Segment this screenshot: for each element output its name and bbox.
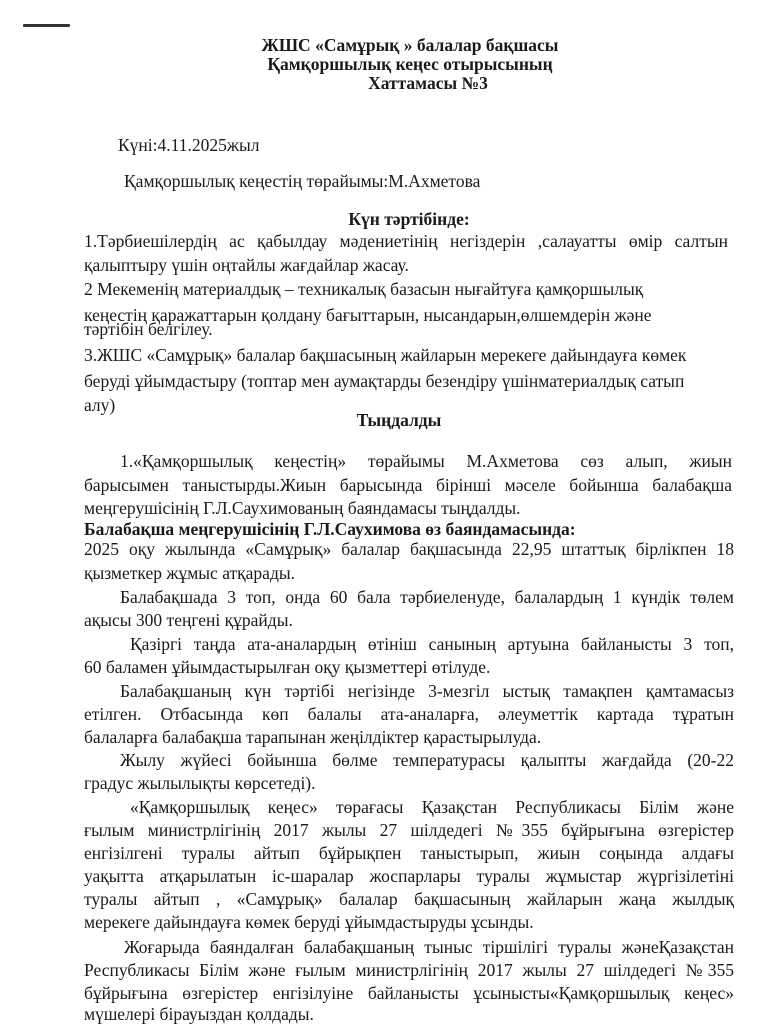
agenda-line: беруді ұйымдастыру (топтар мен аумақтард… [84, 370, 684, 392]
report-line: Жоғарыда баяндалған балабақшаның тыныс т… [124, 936, 734, 958]
report-line: мерекеге дайындауға көмек беруді ұйымдас… [84, 911, 534, 933]
document-page: ЖШС «Самұрық » балалар бақшасы Қамқоршыл… [0, 0, 784, 1024]
report-line: Республикасы Білім және ғылым министрліг… [84, 959, 734, 981]
report-line: уақытта атқарылатын іс-шаралар жоспарлар… [84, 865, 734, 887]
report-line: бұйрығына өзгерістер енгізілуіне байланы… [84, 982, 734, 1004]
report-line: ақысы 300 теңгені құрайды. [84, 609, 293, 631]
scan-mark [23, 24, 70, 27]
report-line: енгізілгені туралы айтып бұйрықпен таныс… [84, 842, 734, 864]
meeting-date: Күні:4.11.2025жыл [118, 134, 259, 156]
agenda-line: 1.Тәрбиешілердің ас қабылдау мәдениетіні… [84, 230, 728, 252]
report-line: қызметкер жұмыс атқарады. [84, 562, 295, 584]
report-line: етілген. Отбасында көп балалы ата-аналар… [84, 703, 734, 725]
report-line: 2025 оқу жылында «Самұрық» балалар бақша… [84, 538, 734, 560]
agenda-line: тәртібін белгілеу. [84, 318, 213, 340]
heard-line: меңгерушісінің Г.Л.Саухимованың баяндама… [84, 497, 521, 519]
title-line-3: Хаттамасы №3 [36, 72, 784, 94]
heard-heading: Тыңдалды [7, 409, 784, 431]
agenda-line: 3.ЖШС «Самұрық» балалар бақшасының жайла… [84, 344, 686, 366]
agenda-line: 2 Мекеменің материалдық – техникалық баз… [84, 278, 643, 300]
agenda-heading: Күн тәртібінде: [17, 208, 784, 230]
report-line: Балабақшаның күн тәртібі негізінде 3-мез… [120, 680, 734, 702]
report-line: градус жылылықты көрсетеді). [84, 772, 316, 794]
report-line: Балабақшада 3 топ, онда 60 бала тәрбиеле… [120, 586, 734, 608]
report-line: ғылым министрлігінің 2017 жылы 27 шілдед… [84, 819, 734, 841]
council-chair: Қамқоршылық кеңестің төрайымы:М.Ахметова [124, 170, 480, 192]
heard-line: 1.«Қамқоршылық кеңестің» төрайымы М.Ахме… [120, 450, 732, 472]
report-line: Қазіргі таңда ата-аналардың өтініш санын… [130, 633, 734, 655]
heard-line: барысымен таныстырды.Жиын барысында бірі… [84, 474, 732, 496]
report-line: Жылу жүйесі бойынша бөлме температурасы … [120, 749, 734, 771]
report-line: 60 баламен ұйымдастырылған оқу қызметтер… [84, 656, 490, 678]
report-line: мүшелері бірауыздан қолдады. [84, 1003, 314, 1024]
agenda-line: қалыптыру үшін оңтайлы жағдайлар жасау. [84, 254, 409, 276]
report-line: балаларға балабақша тарапынан жеңілдікте… [84, 726, 541, 748]
report-heading: Балабақша меңгерушісінің Г.Л.Саухимова ө… [84, 518, 576, 540]
report-line: «Қамқоршылық кеңес» төрағасы Қазақстан Р… [130, 796, 734, 818]
report-line: туралы айтып , «Самұрық» балалар бақшасы… [84, 888, 734, 910]
